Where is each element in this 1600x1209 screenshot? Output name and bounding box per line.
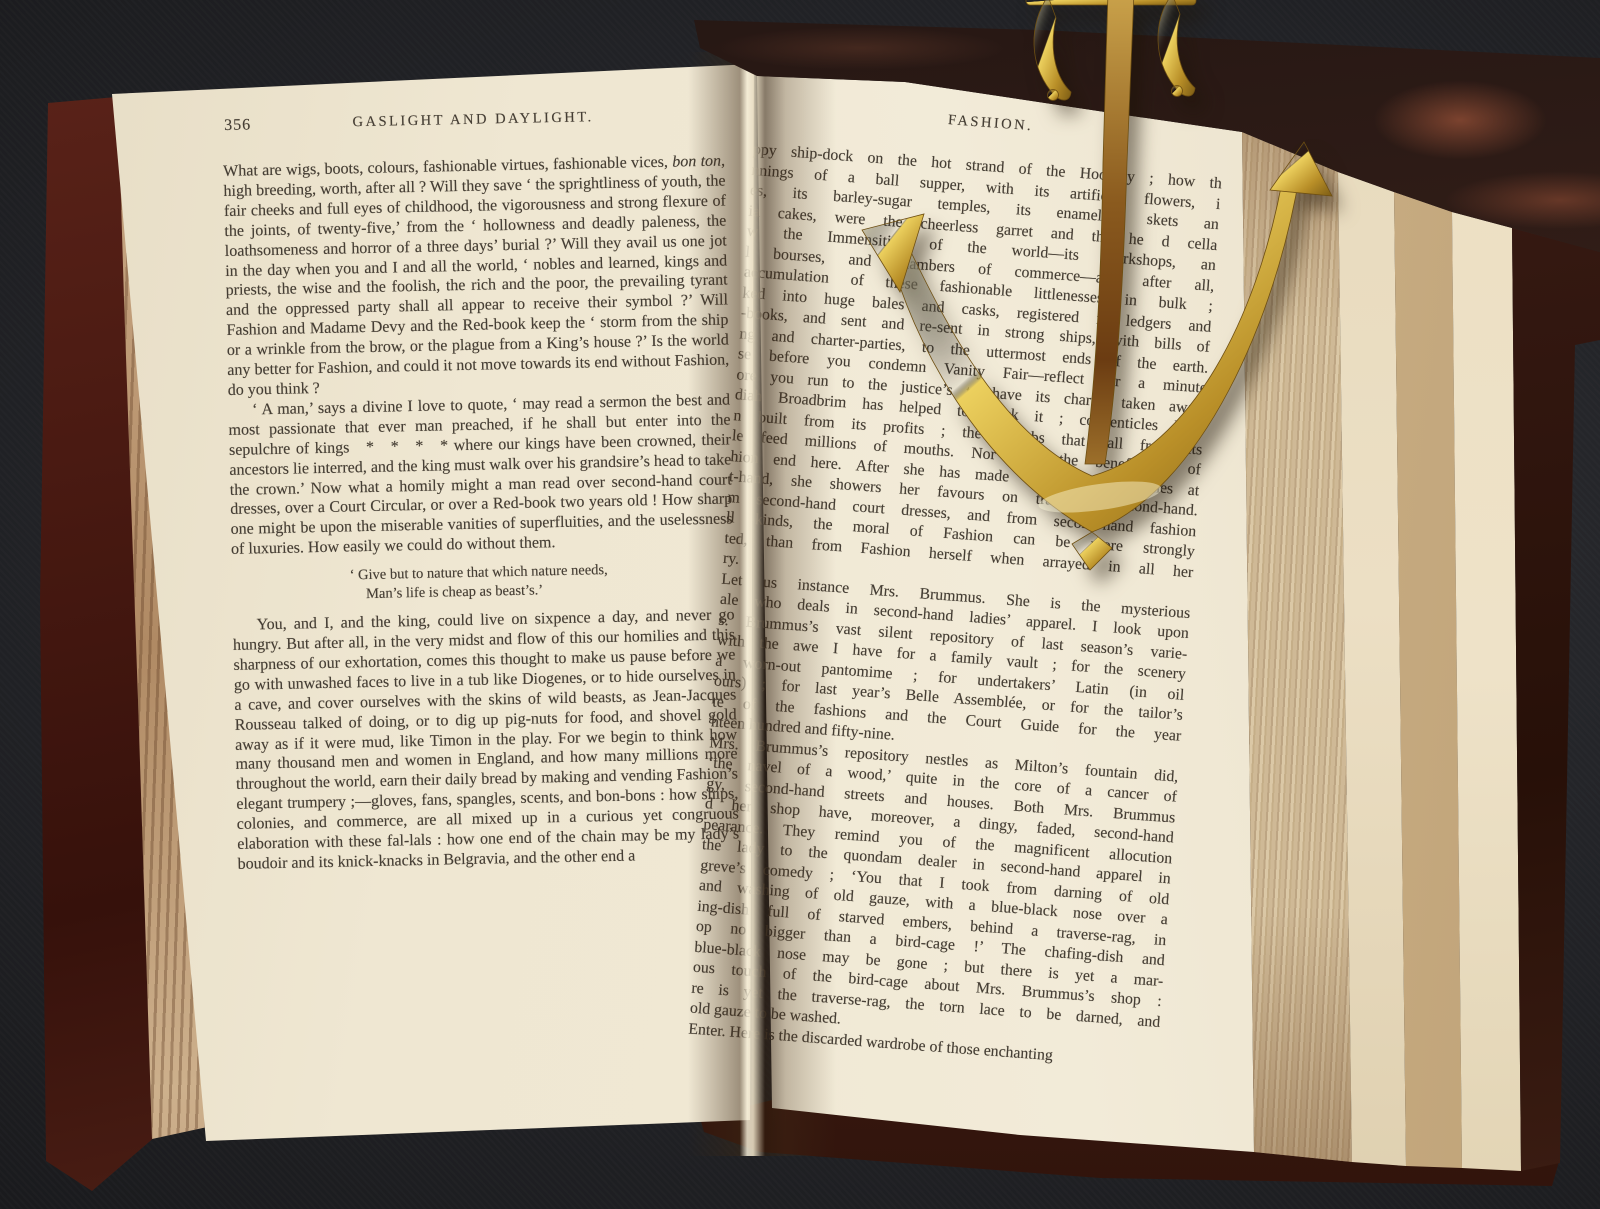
verse-quote: ‘ Give but to nature that which nature n… bbox=[349, 559, 734, 604]
gutter-shadow bbox=[688, 52, 836, 1156]
left-running-header: GASLIGHT AND DAYLIGHT. bbox=[352, 109, 594, 130]
anchor-arms bbox=[890, 172, 1300, 532]
anchor-rope-curl-left bbox=[1034, 0, 1071, 100]
left-page-number: 356 bbox=[224, 115, 251, 135]
anchor-rope-curl-right bbox=[1158, 0, 1195, 96]
anchor-bookmark bbox=[850, 0, 1370, 577]
left-page-text: 356 GASLIGHT AND DAYLIGHT. What are wigs… bbox=[222, 105, 740, 874]
anchor-crown-point bbox=[1072, 532, 1112, 570]
paragraph: ‘ A man,’ says a divine I love to quote,… bbox=[228, 390, 733, 560]
anchor-fluke-right bbox=[1270, 142, 1332, 196]
book-photo: 356 GASLIGHT AND DAYLIGHT. What are wigs… bbox=[0, 0, 1600, 1209]
paragraph: What are wigs, boots, colours, fashionab… bbox=[223, 151, 730, 400]
anchor-shank bbox=[1085, 0, 1134, 464]
paragraph: You, and I, and the king, could live on … bbox=[232, 606, 739, 875]
paragraph-text: , high breeding, worth, after all ? Will… bbox=[223, 152, 729, 398]
